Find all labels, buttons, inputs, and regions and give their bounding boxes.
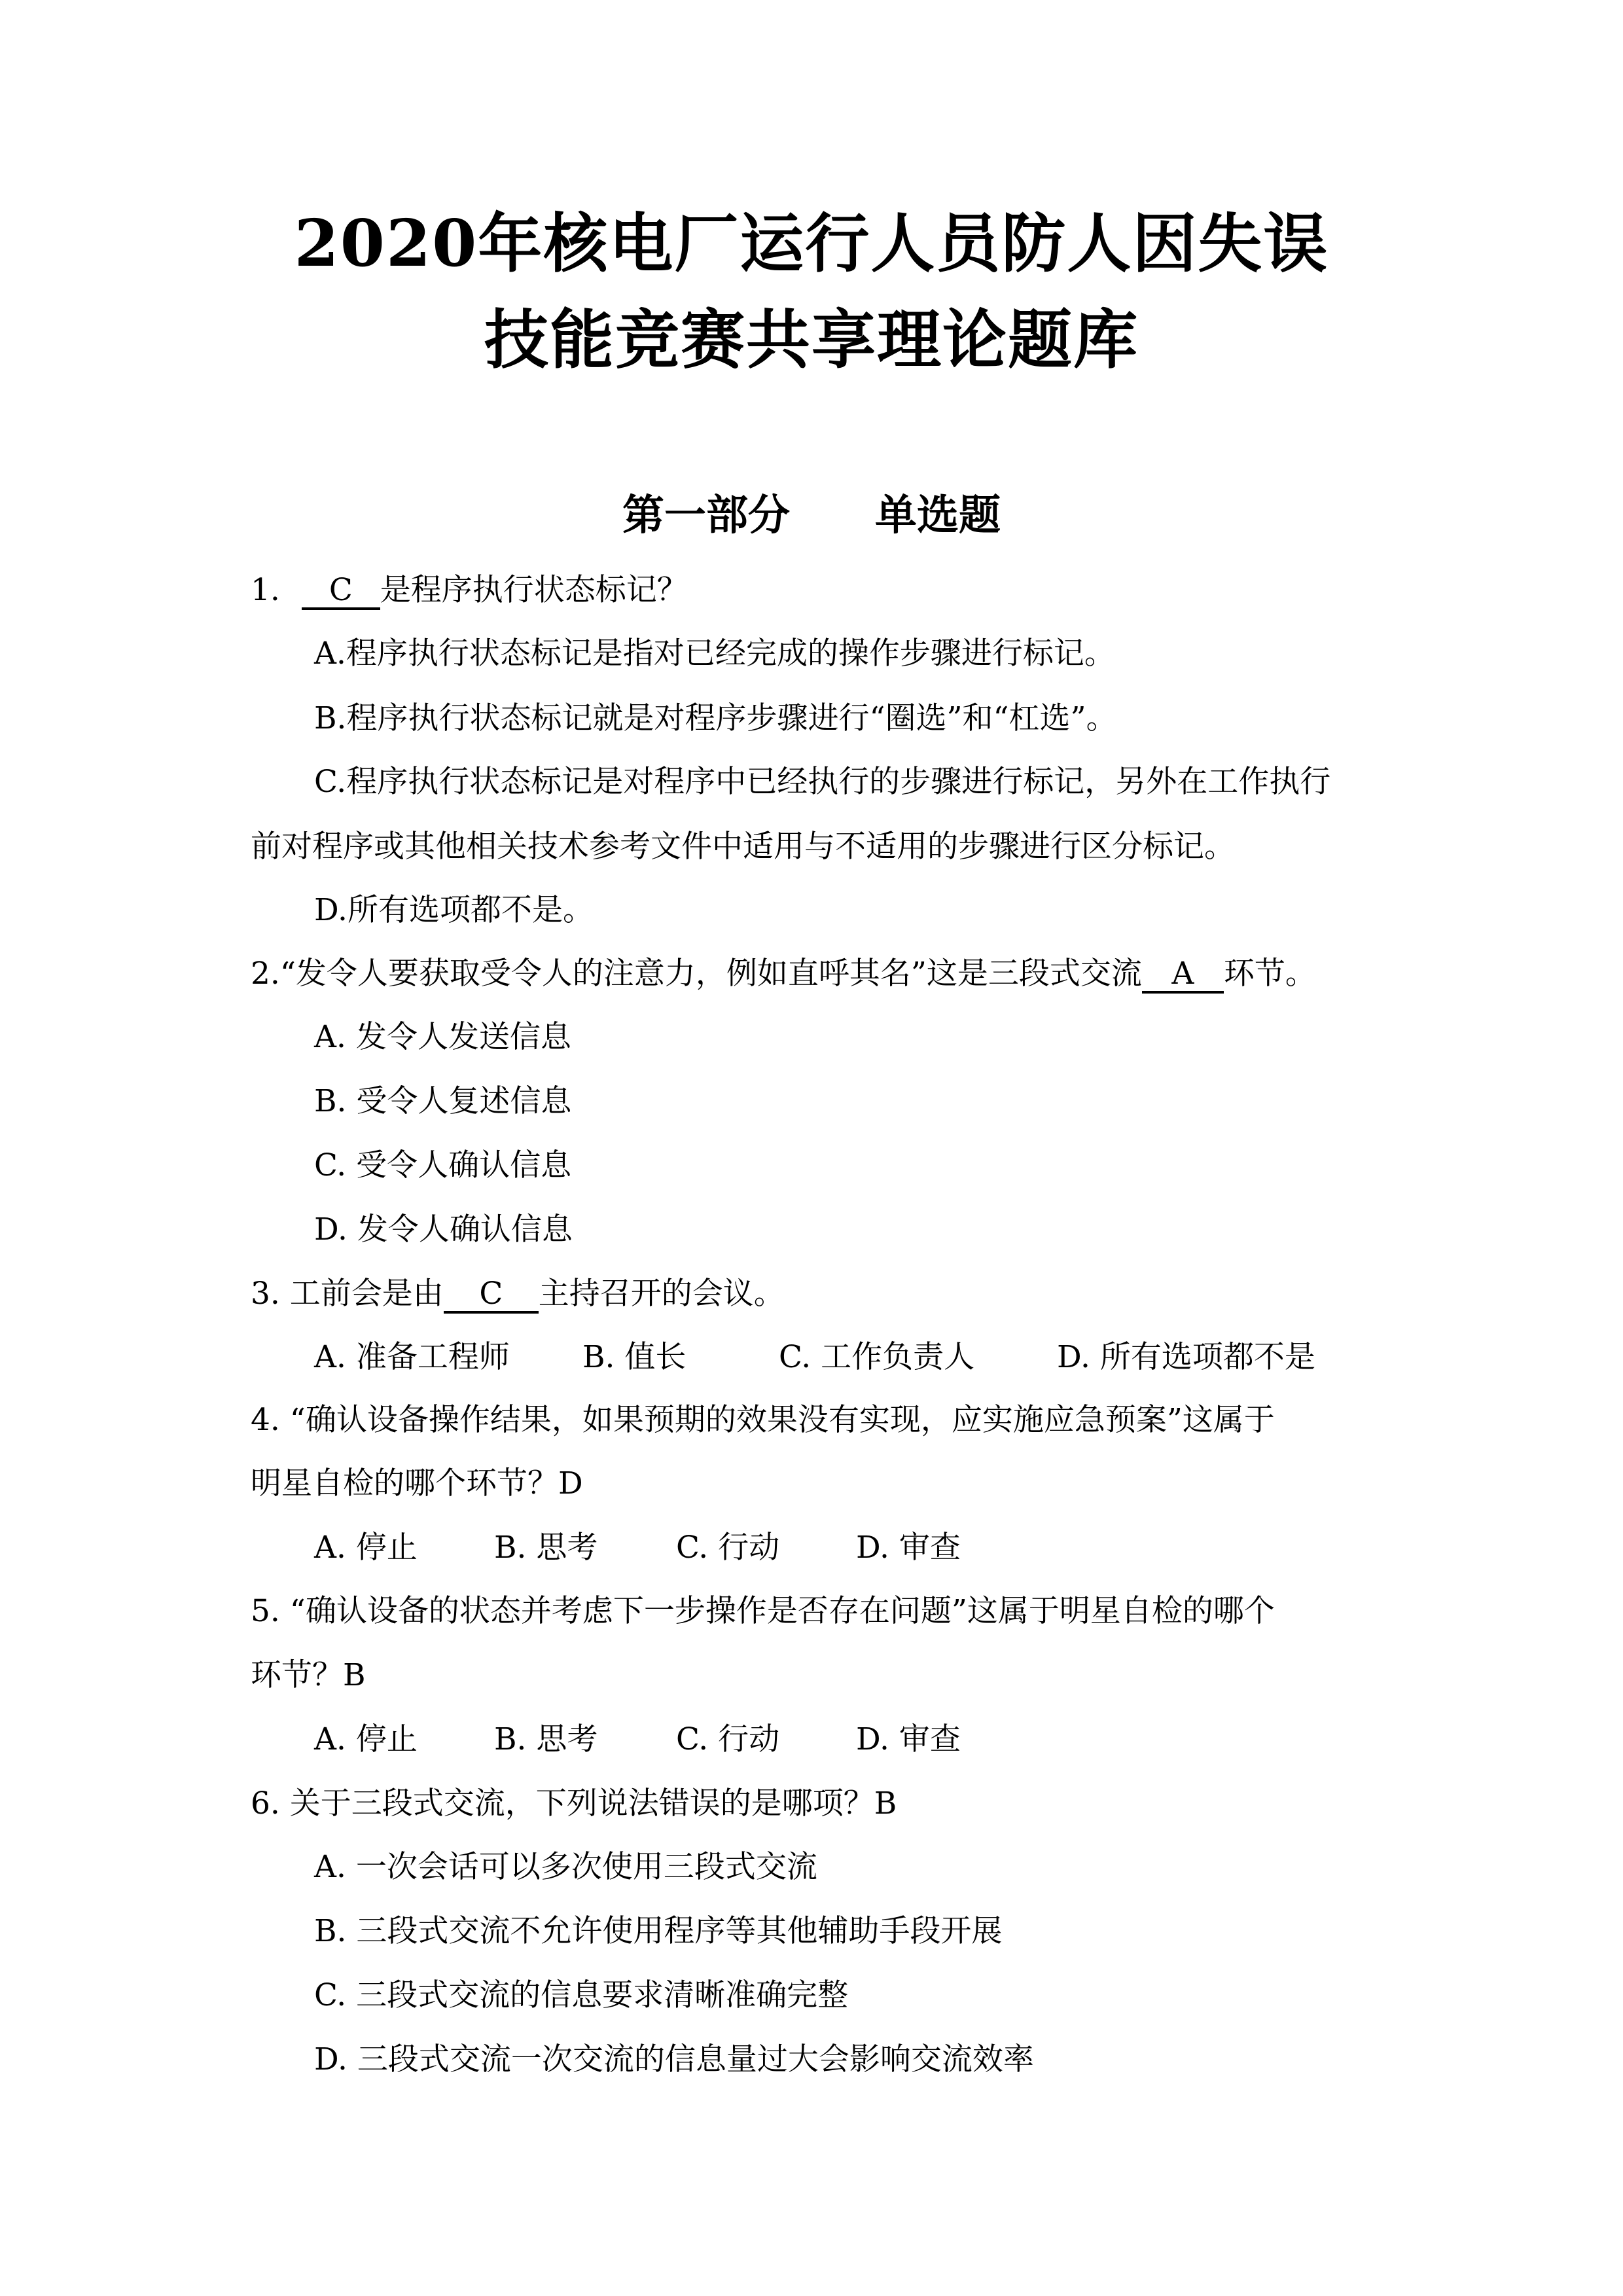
option-d: D. 所有选项都不是 xyxy=(1057,1338,1315,1377)
option-b: B. 思考 xyxy=(494,1720,676,1759)
option-c: C. 三段式交流的信息要求清晰准确完整 xyxy=(314,1976,1453,2015)
question-number: 2. xyxy=(251,956,280,992)
option-d: D. 发令人确认信息 xyxy=(314,1210,1453,1249)
answer-blank: A xyxy=(1142,957,1224,994)
option-b: B. 值长 xyxy=(582,1338,779,1377)
question-number: 6. xyxy=(251,1785,280,1821)
question-stem: 3. 工前会是由C主持召开的会议。 xyxy=(251,1274,1389,1314)
question-text: 关于三段式交流，下列说法错误的是哪项？B xyxy=(290,1785,897,1821)
question-stem-continued: 环节？B xyxy=(251,1656,1389,1695)
answer-blank: C xyxy=(302,573,380,610)
option-a: A. 停止 xyxy=(314,1720,494,1759)
question-number: 1. xyxy=(251,572,280,608)
option-c: C. 受令人确认信息 xyxy=(314,1146,1453,1185)
question-text: “确认设备操作结果，如果预期的效果没有实现，应实施应急预案”这属于 xyxy=(290,1402,1275,1438)
option-c: C. 工作负责人 xyxy=(779,1338,1057,1377)
option-c-continued: 前对程序或其他相关技术参考文件中适用与不适用的步骤进行区分标记。 xyxy=(251,827,1389,867)
option-b: B. 思考 xyxy=(494,1528,676,1568)
option-c: C. 行动 xyxy=(676,1528,856,1568)
question-stem: 4. “确认设备操作结果，如果预期的效果没有实现，应实施应急预案”这属于 xyxy=(251,1401,1389,1440)
option-a: A. 发令人发送信息 xyxy=(314,1018,1453,1057)
title-line-2: 技能竞赛共享理论题库 xyxy=(0,304,1623,376)
section-part: 第一部分 xyxy=(622,491,790,540)
option-c: C.程序执行状态标记是对程序中已经执行的步骤进行标记，另外在工作执行 xyxy=(314,762,1453,802)
question-stem: 2.“发令人要获取受令人的注意力，例如直呼其名”这是三段式交流A环节。 xyxy=(251,954,1389,994)
options-row: A. 准备工程师B. 值长C. 工作负责人D. 所有选项都不是 xyxy=(314,1338,1453,1377)
option-b: B. 受令人复述信息 xyxy=(314,1082,1453,1121)
question-stem: 5. “确认设备的状态并考虑下一步操作是否存在问题”这属于明星自检的哪个 xyxy=(251,1592,1389,1631)
question-text: “发令人要获取受令人的注意力，例如直呼其名”这是三段式交流 xyxy=(280,956,1142,992)
option-d: D. 审查 xyxy=(856,1528,961,1568)
answer-blank: C xyxy=(444,1277,539,1314)
option-a: A.程序执行状态标记是指对已经完成的操作步骤进行标记。 xyxy=(314,634,1453,673)
option-b: B. 三段式交流不允许使用程序等其他辅助手段开展 xyxy=(314,1912,1453,1951)
title-line-1: 2020年核电厂运行人员防人因失误 xyxy=(0,208,1623,280)
option-d: D. 审查 xyxy=(856,1720,961,1759)
question-number: 4. xyxy=(251,1402,280,1438)
options-row: A. 停止B. 思考C. 行动D. 审查 xyxy=(314,1720,1453,1759)
question-number: 5. xyxy=(251,1593,280,1629)
option-c: C. 行动 xyxy=(676,1720,856,1759)
question-text: 是程序执行状态标记？ xyxy=(380,572,688,608)
option-d: D. 三段式交流一次交流的信息量过大会影响交流效率 xyxy=(314,2040,1453,2079)
section-name: 单选题 xyxy=(875,491,1001,540)
options-row: A. 停止B. 思考C. 行动D. 审查 xyxy=(314,1528,1453,1568)
question-number: 3. xyxy=(251,1276,280,1312)
question-stem: 6. 关于三段式交流，下列说法错误的是哪项？B xyxy=(251,1784,1389,1823)
question-text-end: 环节。 xyxy=(1224,956,1316,992)
option-d: D.所有选项都不是。 xyxy=(314,891,1453,930)
section-heading: 第一部分单选题 xyxy=(0,490,1623,542)
question-text: 工前会是由 xyxy=(290,1276,444,1312)
option-b: B.程序执行状态标记就是对程序步骤进行“圈选”和“杠选”。 xyxy=(314,699,1453,738)
option-a: A. 停止 xyxy=(314,1528,494,1568)
option-a: A. 一次会话可以多次使用三段式交流 xyxy=(314,1848,1453,1887)
question-stem: 1. C是程序执行状态标记？ xyxy=(251,571,1389,610)
question-text-end: 主持召开的会议。 xyxy=(539,1276,785,1312)
question-stem-continued: 明星自检的哪个环节？D xyxy=(251,1464,1389,1503)
question-text: “确认设备的状态并考虑下一步操作是否存在问题”这属于明星自检的哪个 xyxy=(290,1593,1275,1629)
option-a: A. 准备工程师 xyxy=(314,1338,582,1377)
